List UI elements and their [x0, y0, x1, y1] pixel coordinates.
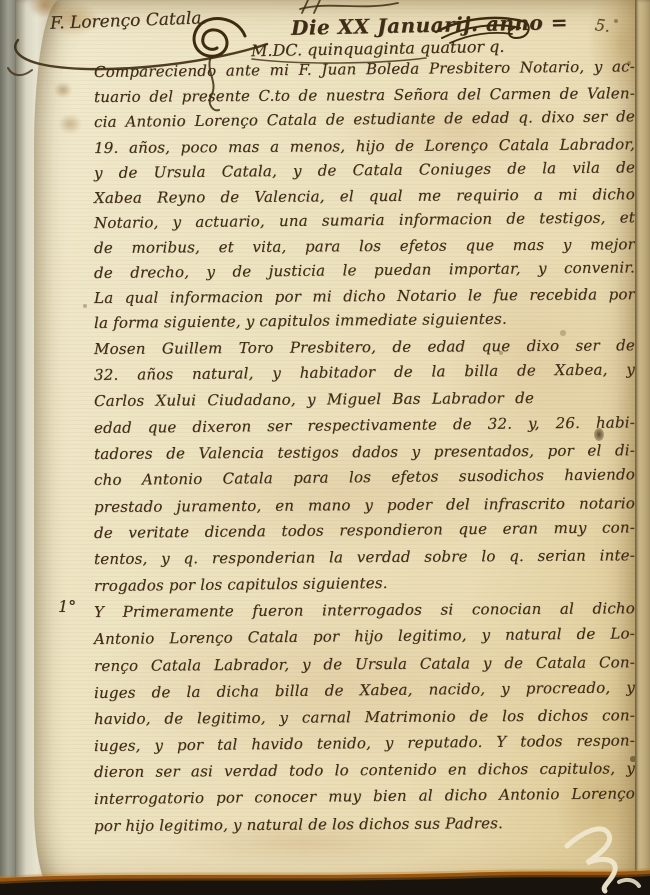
body-line-28: dieron ser asi verdad todo lo contenido … [94, 758, 635, 782]
body-line-30: por hijo legitimo, y natural de los dich… [94, 812, 635, 836]
manuscript-scan: F. Lorenço Catala. Die XX Januarij. anno… [0, 0, 650, 895]
body-line-12: Mosen Guillem Toro Presbitero, de edad q… [94, 335, 635, 359]
body-line-26: havido, de legitimo, y carnal Matrimonio… [94, 705, 635, 729]
stain [54, 82, 72, 98]
body-line-14: Carlos Xului Ciudadano, y Miguel Bas Lab… [94, 388, 534, 411]
margin-marker-1: 1° [58, 597, 76, 616]
body-line-4: 19. años, poco mas a menos, hijo de Lore… [94, 134, 635, 158]
body-line-10: La qual informacion por mi dicho Notario… [94, 284, 635, 308]
stacked-page-edges-right [635, 0, 650, 895]
wing-flourish [432, 12, 532, 52]
top-crosshatch-flourish [300, 0, 400, 14]
burnt-bottom-edge [0, 858, 650, 895]
date-underline-flourish [250, 56, 430, 66]
body-line-18: prestado juramento, en mano y poder del … [94, 493, 635, 517]
folio-number: 5. [594, 15, 611, 36]
body-line-22: Y Primeramente fueron interrogados si co… [94, 598, 635, 622]
body-line-2: tuario del presente C.to de nuestra Seño… [94, 83, 635, 107]
body-line-24: renço Catala Labrador, y de Ursula Catal… [94, 652, 635, 676]
body-line-16: tadores de Valencia testigos dados y pre… [94, 440, 635, 464]
body-line-20: tentos, y q. responderian la verdad sobr… [94, 545, 635, 569]
body-line-6: Xabea Reyno de Valencia, el qual me requ… [94, 184, 635, 208]
body-line-8: de moribus, et vita, para los efetos que… [94, 234, 635, 258]
spiral-knot-flourish [185, 10, 255, 120]
stain [58, 114, 82, 134]
white-flourish [555, 812, 650, 895]
